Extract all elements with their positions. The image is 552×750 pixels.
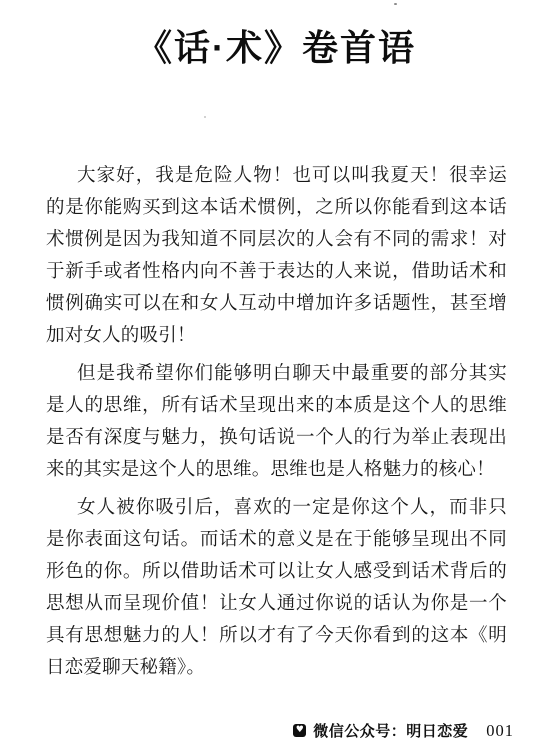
page-number: 001 [486, 721, 514, 741]
heart-badge-icon: ♥ [293, 724, 306, 737]
page-title: 《话·术》卷首语 [0, 0, 552, 70]
scan-speck [394, 3, 397, 5]
scan-speck [204, 116, 206, 118]
page-footer: ♥ 微信公众号：明日恋爱 001 [293, 720, 514, 741]
document-page: 《话·术》卷首语 大家好，我是危险人物！也可以叫我夏天！很幸运的是你能购买到这本… [0, 0, 552, 750]
body-text: 大家好，我是危险人物！也可以叫我夏天！很幸运的是你能购买到这本话术惯例，之所以你… [0, 159, 552, 683]
wechat-account-label: 微信公众号：明日恋爱 [313, 720, 468, 741]
paragraph-intro: 大家好，我是危险人物！也可以叫我夏天！很幸运的是你能购买到这本话术惯例，之所以你… [46, 159, 507, 351]
paragraph-mindset: 但是我希望你们能够明白聊天中最重要的部分其实是人的思维，所有话术呈现出来的本质是… [46, 357, 507, 485]
paragraph-value: 女人被你吸引后，喜欢的一定是你这个人，而非只是你表面这句话。而话术的意义是在于能… [46, 491, 507, 683]
